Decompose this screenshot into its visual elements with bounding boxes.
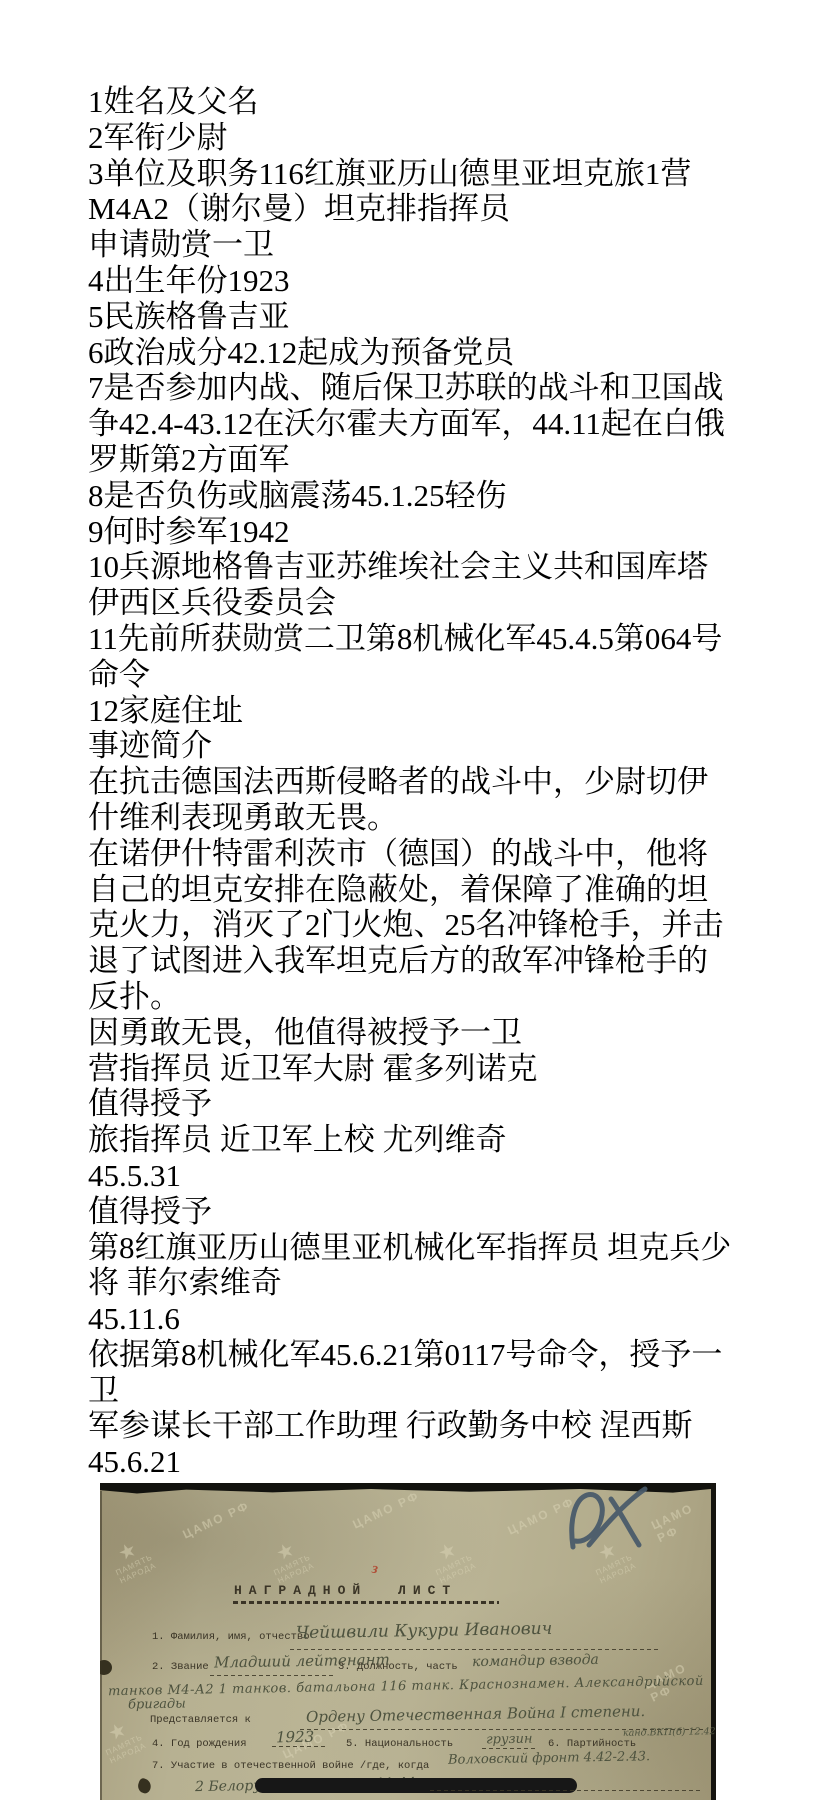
translation-line: 营指挥员 近卫军大尉 霍多列诺克 [88,1051,748,1087]
field2-label: 2. Звание [152,1661,209,1673]
translation-line: 45.6.21 [88,1444,748,1480]
field6-label: 6. Партийность [548,1738,636,1750]
translation-line: 因勇敢无畏，他值得被授予一卫 [88,1015,748,1051]
translation-line: 旅指挥员 近卫军上校 尤列维奇 [88,1122,748,1158]
field3-value: командир взвода [472,1652,599,1670]
field6-value: канд.ВКП(б) 12.42 [623,1726,716,1739]
translation-line: 在诺伊什特雷利茨市（德国）的战斗中，他将 [88,836,748,872]
translation-line: M4A2（谢尔曼）坦克排指挥员 [88,191,748,227]
watermark-memory-badge: ★ПАМЯТЬНАРОДА [426,1534,478,1585]
scan-title: НАГРАДНОЙ ЛИСТ [234,1583,457,1598]
translation-line: 军参谋长干部工作助理 行政勤务中校 涅西斯 [88,1408,748,1444]
red-clerk-mark: з [371,1561,379,1579]
hole-punch [136,1777,153,1795]
field2-underline [210,1675,335,1676]
translation-line: 4出生年份1923 [88,263,748,299]
translation-line: 将 菲尔索维奇 [88,1265,748,1301]
field1-value: Чейшвили Кукури Иванович [296,1619,553,1643]
translation-line: 争42.4-43.12在沃尔霍夫方面军，44.11起在白俄 [88,406,748,442]
translation-line: 罗斯第2方面军 [88,442,748,478]
translation-line: 依据第8机械化军45.6.21第0117号命令，授予一 [88,1337,748,1373]
translation-line: 第8红旗亚历山德里亚机械化军指挥员 坦克兵少 [88,1230,748,1266]
translation-line: 卫 [88,1373,748,1409]
translation-line: 7是否参加内战、随后保卫苏联的战斗和卫国战 [88,370,748,406]
watermark-memory-badge: ★ПАМЯТЬНАРОДА [264,1534,316,1585]
translation-line: 45.5.31 [88,1158,748,1194]
translation-line: 10兵源地格鲁吉亚苏维埃社会主义共和国库塔 [88,549,748,585]
watermark-memory-badge: ★ПАМЯТЬНАРОДА [100,1714,148,1765]
translation-line: 在抗击德国法西斯侵略者的战斗中，少尉切伊 [88,764,748,800]
presented-value: Ордену Отечественная Война I степени. [306,1702,645,1726]
star-icon: ★ [106,1534,150,1569]
field5-label: 5. Национальность [346,1738,453,1750]
translation-line: 什维利表现勇敢无畏。 [88,800,748,836]
field1-label: 1. Фамилия, имя, отчество [152,1631,310,1643]
translation-line: 命令 [88,657,748,693]
watermark-archive-text: ЦАМО РФ [649,1493,716,1545]
scan-right-edge [711,1483,716,1800]
presented-label: Представляется к [150,1714,251,1726]
translation-line: 值得授予 [88,1194,748,1230]
hole-punch [100,1660,112,1675]
translation-line: 自己的坦克安排在隐蔽处，着保障了准确的坦 [88,872,748,908]
translation-line: 9何时参军1942 [88,514,748,550]
translation-line: 11先前所获勋赏二卫第8机械化军45.4.5第064号 [88,621,748,657]
star-icon: ★ [100,1714,140,1749]
scanned-award-sheet: ЦАМО РФЦАМО РФЦАМО РФЦАМО РФЦАМО РФЦАМО … [100,1483,716,1800]
field7-label: 7. Участие в отечественной войне /где, к… [152,1760,429,1772]
translation-line: 6政治成分42.12起成为预备党员 [88,335,748,371]
title-underline [233,1601,499,1604]
star-icon: ★ [426,1534,470,1569]
field3-label: 3. Должность, часть [338,1661,458,1673]
translation-line: 3单位及职务116红旗亚历山德里亚坦克旅1营 [88,156,748,192]
watermark-archive-text: ЦАМО РФ [180,1498,251,1541]
translated-document-text: 1姓名及父名2军衔少尉3单位及职务116红旗亚历山德里亚坦克旅1营M4A2（谢尔… [88,84,748,1480]
translation-line: 申请勋赏一卫 [88,227,748,263]
translation-line: 8是否负伤或脑震荡45.1.25轻伤 [88,478,748,514]
field1-underline [290,1649,660,1650]
translation-line: 1姓名及父名 [88,84,748,120]
translation-line: 5民族格鲁吉亚 [88,299,748,335]
watermark-memory-badge: ★ПАМЯТЬНАРОДА [106,1534,158,1585]
field4-label: 4. Год рождения [152,1738,247,1750]
field3-value-continued: танков М4-А2 1 танков. батальона 116 тан… [108,1674,704,1699]
translation-line: 事迹简介 [88,728,748,764]
field4-value: 1923 [276,1728,314,1747]
field3-value-end: бригады [128,1696,186,1712]
field7-underline [430,1790,702,1791]
field5-underline [482,1748,537,1749]
translation-line: 克火力，消灭了2门火炮、25名冲锋枪手，并击 [88,907,748,943]
translation-line: 2军衔少尉 [88,120,748,156]
translation-line: 45.11.6 [88,1301,748,1337]
translation-line: 值得授予 [88,1086,748,1122]
field4-underline [272,1746,327,1747]
star-icon: ★ [264,1534,308,1569]
translation-line: 伊西区兵役委员会 [88,585,748,621]
field7-value: Волховский фронт 4.42-2.43. [448,1749,650,1768]
pen-mark [565,1485,655,1560]
translation-line: 退了试图进入我军坦克后方的敌军冲锋枪手的 [88,943,748,979]
translation-line: 12家庭住址 [88,693,748,729]
scan-left-edge [100,1491,102,1800]
translation-line: 反扑。 [88,979,748,1015]
field5-value: грузин [486,1732,533,1748]
watermark-archive-text: ЦАМО РФ [350,1488,421,1531]
